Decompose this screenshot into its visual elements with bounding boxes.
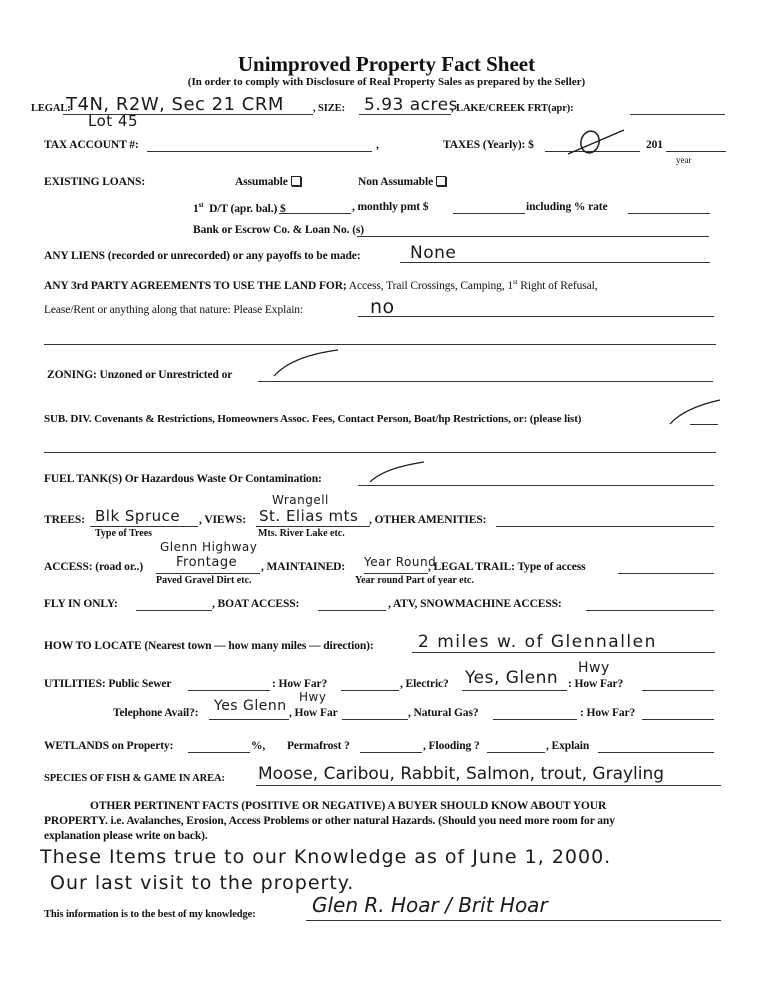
species-field-line[interactable] [256,785,721,786]
wetlands-pct-field-line[interactable] [188,752,250,753]
subdiv-field-line-2[interactable] [44,452,716,453]
other-facts-note-line1[interactable]: These Items true to our Knowledge as of … [40,846,611,868]
trees-value[interactable]: Blk Spruce [95,507,180,525]
other-facts-heading-line2: PROPERTY. i.e. Avalanches, Erosion, Acce… [44,815,615,827]
zoning-label: ZONING: Unzoned or Unrestricted or [47,369,232,381]
atv-access-label: , ATV, SNOWMACHINE ACCESS: [388,598,562,610]
non-assumable-label: Non Assumable [358,176,433,188]
lake-creek-label: , LAKE/CREEK FRT(apr): [451,103,574,114]
access-field-line[interactable] [156,573,260,574]
sewer-how-far-field-line[interactable] [341,690,399,691]
permafrost-field-line[interactable] [360,752,422,753]
first-dt-label: 1st D/T (apr. bal.) $ [193,201,286,215]
year-field-line[interactable] [666,151,726,152]
zoning-slash-mark [272,348,342,378]
rate-field-line[interactable] [628,213,710,214]
trees-field-line[interactable] [90,526,198,527]
gas-how-far-field-line[interactable] [642,719,714,720]
tax-account-label: TAX ACCOUNT #: [44,139,139,151]
legal-trail-field-line[interactable] [618,573,714,574]
maintained-value[interactable]: Year Round [364,555,436,569]
flooding-label: , Flooding ? [423,740,480,752]
trees-label: TREES: [44,514,85,526]
gas-how-far-label: : How Far? [580,707,635,719]
fuel-slash-mark [368,460,428,484]
telephone-how-far-value[interactable]: Hwy [299,690,326,704]
public-sewer-field-line[interactable] [188,690,270,691]
page-subtitle: (In order to comply with Disclosure of R… [0,76,773,88]
telephone-field-line[interactable] [209,719,289,720]
dt-balance-field-line[interactable] [279,213,351,214]
telephone-how-far-label: , How Far [289,707,338,719]
other-facts-heading-line3: explanation please write on back). [44,830,208,842]
telephone-how-far-field-line[interactable] [342,719,408,720]
signature-value[interactable]: Glen R. Hoar / Brit Hoar [312,893,548,917]
signature-label: This information is to the best of my kn… [44,909,256,920]
bank-escrow-field-line[interactable] [357,236,709,237]
size-value[interactable]: 5.93 acres [364,95,458,115]
subdiv-label: SUB. DIV. Covenants & Restrictions, Home… [44,413,581,425]
subdiv-slash-mark [668,398,723,426]
taxes-yearly-label: TAXES (Yearly): $ [443,139,534,151]
utilities-label: UTILITIES: Public Sewer [44,678,171,690]
maintained-field-line[interactable] [364,573,428,574]
views-caption: Mts. River Lake etc. [258,528,345,539]
views-value-top: Wrangell [272,493,329,507]
flooding-field-line[interactable] [487,752,545,753]
species-label: SPECIES OF FISH & GAME IN AREA: [44,773,225,784]
other-facts-note-line2[interactable]: Our last visit to the property. [50,872,354,894]
taxes-zero-mark [560,128,630,156]
telephone-value[interactable]: Yes Glenn [214,698,287,714]
telephone-label: Telephone Avail?: [113,707,199,719]
monthly-pmt-label: , monthly pmt $ [352,201,428,213]
non-assumable-checkbox[interactable] [436,176,446,186]
assumable-label: Assumable [235,176,288,188]
fuel-tank-field-line[interactable] [358,485,714,486]
amenities-field-line[interactable] [496,526,714,527]
wetlands-label: WETLANDS on Property: [44,740,173,752]
legal-value-line2: Lot 45 [88,112,138,130]
atv-access-field-line[interactable] [586,610,714,611]
tax-account-field-line[interactable] [147,151,372,152]
year-prefix: 201 [646,139,663,151]
how-to-locate-label: HOW TO LOCATE (Nearest town — how many m… [44,640,374,652]
access-value-top: Glenn Highway [160,540,257,554]
maintained-label: , MAINTAINED: [261,561,345,573]
assumable-option[interactable]: Assumable [235,176,301,188]
electric-field-line[interactable] [462,690,567,691]
boat-access-field-line[interactable] [318,610,386,611]
how-to-locate-value[interactable]: 2 miles w. of Glennallen [418,632,657,652]
explain-field-line[interactable] [598,752,714,753]
wetlands-pct-suffix: %, [251,740,265,752]
legal-trail-label: , LEGAL TRAIL: Type of access [428,561,585,573]
legal-label: LEGAL: [31,103,71,114]
electric-how-far-field-line[interactable] [642,690,714,691]
electric-how-far-value[interactable]: Hwy [578,660,610,676]
natural-gas-label: , Natural Gas? [408,707,478,719]
maintained-caption: Year round Part of year etc. [355,575,474,586]
natural-gas-field-line[interactable] [493,719,577,720]
how-to-locate-field-line[interactable] [412,652,715,653]
electric-how-far-label: : How Far? [568,678,623,690]
page-title: Unimproved Property Fact Sheet [0,52,773,77]
signature-field-line[interactable] [306,920,721,921]
permafrost-label: Permafrost ? [287,740,350,752]
size-label: , SIZE: [313,103,345,114]
existing-loans-label: EXISTING LOANS: [44,176,145,188]
rate-label: including % rate [526,201,607,213]
views-value[interactable]: St. Elias mts [259,507,358,525]
year-caption: year [676,155,692,165]
views-label: , VIEWS: [199,514,246,526]
access-value[interactable]: Frontage [176,555,237,570]
access-caption: Paved Gravel Dirt etc. [156,575,252,586]
amenities-label: , OTHER AMENITIES: [369,514,486,526]
other-facts-heading-line1: OTHER PERTINENT FACTS (POSITIVE OR NEGAT… [90,800,606,812]
liens-label: ANY LIENS (recorded or unrecorded) or an… [44,250,361,262]
agreements-field-line-2[interactable] [44,344,716,345]
monthly-pmt-field-line[interactable] [453,213,525,214]
agreements-value[interactable]: no [370,296,395,318]
trees-caption: Type of Trees [95,528,152,539]
views-field-line[interactable] [256,526,370,527]
access-label: ACCESS: (road or..) [44,561,143,573]
agreements-field-line[interactable] [358,316,714,317]
zoning-field-line[interactable] [258,381,713,382]
assumable-checkbox[interactable] [291,176,301,186]
species-value[interactable]: Moose, Caribou, Rabbit, Salmon, trout, G… [258,764,664,784]
tax-account-comma: , [376,139,379,151]
boat-access-label: , BOAT ACCESS: [212,598,299,610]
lake-creek-field-line[interactable] [630,114,725,115]
bank-escrow-label: Bank or Escrow Co. & Loan No. (s) [193,224,364,236]
agreements-label-line1: ANY 3rd PARTY AGREEMENTS TO USE THE LAND… [44,278,598,292]
sewer-how-far-label: : How Far? [272,678,327,690]
explain-label: , Explain [546,740,589,752]
non-assumable-option[interactable]: Non Assumable [358,176,446,188]
fuel-tank-label: FUEL TANK(S) Or Hazardous Waste Or Conta… [44,473,322,485]
fly-in-label: FLY IN ONLY: [44,598,118,610]
fly-in-field-line[interactable] [136,610,212,611]
electric-value[interactable]: Yes, Glenn [465,668,558,688]
electric-label: , Electric? [400,678,449,690]
liens-value[interactable]: None [410,243,456,263]
agreements-label-line2: Lease/Rent or anything along that nature… [44,304,303,316]
